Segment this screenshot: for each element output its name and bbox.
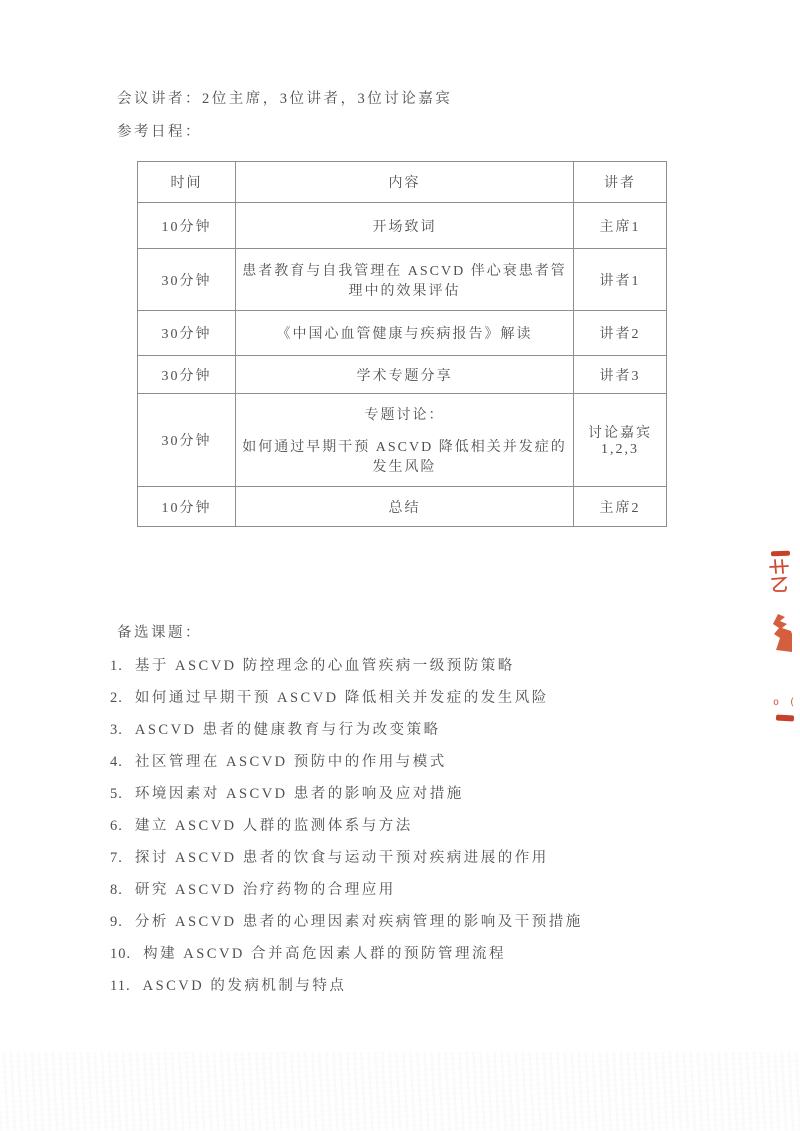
topic-number: 7.: [110, 842, 123, 874]
agenda-time-cell: 30分钟: [138, 249, 236, 311]
agenda-time-cell: 10分钟: [138, 487, 236, 527]
agenda-time-cell: 30分钟: [138, 356, 236, 394]
seal-blob-icon: [770, 614, 792, 654]
header-content: 内容: [236, 162, 574, 203]
agenda-content-cell: 患者教育与自我管理在 ASCVD 伴心衰患者管理中的效果评估: [236, 249, 574, 311]
topic-text: 研究 ASCVD 治疗药物的合理应用: [135, 882, 396, 898]
red-seal-blob-fragment: [770, 614, 792, 659]
topic-text: 探讨 ASCVD 患者的饮食与运动干预对疾病进展的作用: [135, 850, 549, 866]
agenda-row: 10分钟 开场致词 主席1: [138, 203, 667, 249]
agenda-time-cell: 10分钟: [138, 203, 236, 249]
topic-number: 6.: [110, 810, 123, 842]
speaker-line-2: 1,2,3: [580, 442, 660, 458]
topic-item: 10.构建 ASCVD 合并高危因素人群的预防管理流程: [110, 938, 770, 970]
red-seal-bar-fragment: [771, 551, 790, 557]
agenda-time-cell: 30分钟: [138, 311, 236, 356]
topic-item: 8.研究 ASCVD 治疗药物的合理应用: [110, 874, 770, 906]
agenda-heading: 参考日程：: [117, 120, 202, 141]
agenda-content-cell: 专题讨论： 如何通过早期干预 ASCVD 降低相关并发症的发生风险: [236, 394, 574, 487]
topic-number: 8.: [110, 874, 123, 906]
topics-heading: 备选课题：: [117, 621, 202, 642]
agenda-content-cell: 开场致词: [236, 203, 574, 249]
topic-text: ASCVD 的发病机制与特点: [143, 978, 347, 994]
agenda-content-cell: 学术专题分享: [236, 356, 574, 394]
topic-number: 3.: [110, 714, 123, 746]
speaker-line-1: 讨论嘉宾: [580, 422, 660, 442]
topic-item: 6.建立 ASCVD 人群的监测体系与方法: [110, 810, 770, 842]
agenda-row: 30分钟 患者教育与自我管理在 ASCVD 伴心衰患者管理中的效果评估 讲者1: [138, 249, 667, 311]
topic-text: 构建 ASCVD 合并高危因素人群的预防管理流程: [143, 946, 506, 962]
topic-item: 11.ASCVD 的发病机制与特点: [110, 970, 770, 1002]
topic-number: 1.: [110, 650, 123, 682]
topic-text: 社区管理在 ASCVD 预防中的作用与模式: [135, 754, 447, 770]
topic-text: 分析 ASCVD 患者的心理因素对疾病管理的影响及干预措施: [135, 914, 583, 930]
topic-item: 1.基于 ASCVD 防控理念的心血管疾病一级预防策略: [110, 650, 770, 682]
header-time: 时间: [138, 162, 236, 203]
agenda-content-cell: 《中国心血管健康与疾病报告》解读: [236, 311, 574, 356]
topic-item: 3.ASCVD 患者的健康教育与行为改变策略: [110, 714, 770, 746]
seal-glyph-icon: [768, 558, 792, 598]
header-speaker: 讲者: [574, 162, 667, 203]
topic-text: ASCVD 患者的健康教育与行为改变策略: [135, 722, 441, 738]
scanner-noise-band: [0, 1052, 800, 1131]
topic-number: 11.: [110, 970, 131, 1002]
topic-item: 4.社区管理在 ASCVD 预防中的作用与模式: [110, 746, 770, 778]
topic-number: 5.: [110, 778, 123, 810]
red-seal-character-fragment: [768, 558, 792, 603]
topic-text: 基于 ASCVD 防控理念的心血管疾病一级预防策略: [135, 658, 515, 674]
red-seal-small-marks: o (: [773, 697, 797, 708]
agenda-speaker-cell: 讲者3: [574, 356, 667, 394]
topic-item: 2.如何通过早期干预 ASCVD 降低相关并发症的发生风险: [110, 682, 770, 714]
agenda-header-row: 时间 内容 讲者: [138, 162, 667, 203]
agenda-speaker-cell: 主席2: [574, 487, 667, 527]
topic-text: 建立 ASCVD 人群的监测体系与方法: [135, 818, 413, 834]
agenda-speaker-cell: 讲者2: [574, 311, 667, 356]
topic-text: 环境因素对 ASCVD 患者的影响及应对措施: [135, 786, 464, 802]
red-seal-bar-fragment: [776, 715, 794, 722]
topic-number: 10.: [110, 938, 131, 970]
agenda-row: 30分钟 学术专题分享 讲者3: [138, 356, 667, 394]
agenda-row: 10分钟 总结 主席2: [138, 487, 667, 527]
topic-item: 5.环境因素对 ASCVD 患者的影响及应对措施: [110, 778, 770, 810]
agenda-row: 30分钟 《中国心血管健康与疾病报告》解读 讲者2: [138, 311, 667, 356]
topic-item: 7.探讨 ASCVD 患者的饮食与运动干预对疾病进展的作用: [110, 842, 770, 874]
topic-number: 2.: [110, 682, 123, 714]
agenda-row: 30分钟 专题讨论： 如何通过早期干预 ASCVD 降低相关并发症的发生风险 讨…: [138, 394, 667, 487]
agenda-content-cell: 总结: [236, 487, 574, 527]
panel-discussion-title: 专题讨论：: [242, 404, 567, 424]
agenda-speaker-cell: 主席1: [574, 203, 667, 249]
topic-number: 9.: [110, 906, 123, 938]
agenda-table: 时间 内容 讲者 10分钟 开场致词 主席1 30分钟 患者教育与自我管理在 A…: [137, 161, 667, 527]
topic-item: 9.分析 ASCVD 患者的心理因素对疾病管理的影响及干预措施: [110, 906, 770, 938]
agenda-time-cell: 30分钟: [138, 394, 236, 487]
topics-list: 1.基于 ASCVD 防控理念的心血管疾病一级预防策略 2.如何通过早期干预 A…: [110, 650, 770, 1002]
topic-text: 如何通过早期干预 ASCVD 降低相关并发症的发生风险: [135, 690, 549, 706]
agenda-speaker-cell: 讨论嘉宾 1,2,3: [574, 394, 667, 487]
scanned-document-page: 会议讲者：2位主席，3位讲者，3位讨论嘉宾 参考日程： 时间 内容 讲者 10分…: [0, 0, 800, 1131]
agenda-speaker-cell: 讲者1: [574, 249, 667, 311]
speakers-line: 会议讲者：2位主席，3位讲者，3位讨论嘉宾: [117, 87, 452, 108]
panel-discussion-topic: 如何通过早期干预 ASCVD 降低相关并发症的发生风险: [242, 436, 567, 476]
topic-number: 4.: [110, 746, 123, 778]
